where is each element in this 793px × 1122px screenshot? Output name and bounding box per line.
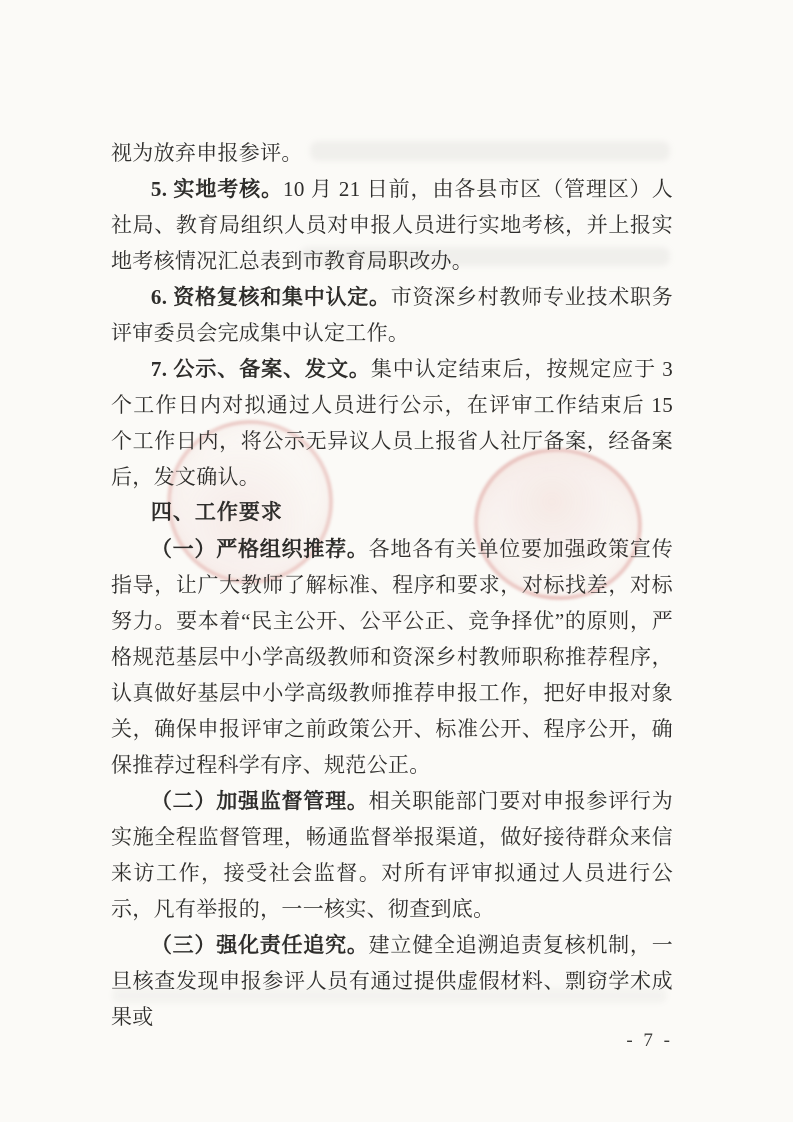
page-number: - 7 - [626,1030,673,1052]
paragraph: 5. 实地考核。10 月 21 日前，由各县市区（管理区）人社局、教育局组织人员… [111,171,673,279]
paragraph: （二）加强监督管理。相关职能部门要对申报参评行为实施全程监督管理，畅通监督举报渠… [111,783,673,927]
scanned-document-page: 视为放弃申报参评。5. 实地考核。10 月 21 日前，由各县市区（管理区）人社… [0,0,793,1122]
paragraph: （一）严格组织推荐。各地各有关单位要加强政策宣传指导，让广大教师了解标准、程序和… [111,531,673,783]
paragraph-lead: 7. 公示、备案、发文。 [151,357,371,381]
paragraph-lead: （三）强化责任追究。 [151,933,369,957]
paragraph-lead: （一）严格组织推荐。 [151,537,369,561]
paragraph: 视为放弃申报参评。 [111,135,673,171]
paragraph-lead: 6. 资格复核和集中认定。 [151,285,391,309]
paragraph: （三）强化责任追究。建立健全追溯追责复核机制，一旦核查发现申报参评人员有通过提供… [111,927,673,1035]
paragraph-lead: （二）加强监督管理。 [151,789,369,813]
paragraph-lead: 5. 实地考核。 [151,177,283,201]
paragraph: 6. 资格复核和集中认定。市资深乡村教师专业技术职务评审委员会完成集中认定工作。 [111,279,673,351]
section-heading: 四、工作要求 [111,495,673,531]
paragraph: 7. 公示、备案、发文。集中认定结束后，按规定应于 3 个工作日内对拟通过人员进… [111,351,673,495]
document-body: 视为放弃申报参评。5. 实地考核。10 月 21 日前，由各县市区（管理区）人社… [111,135,673,1035]
